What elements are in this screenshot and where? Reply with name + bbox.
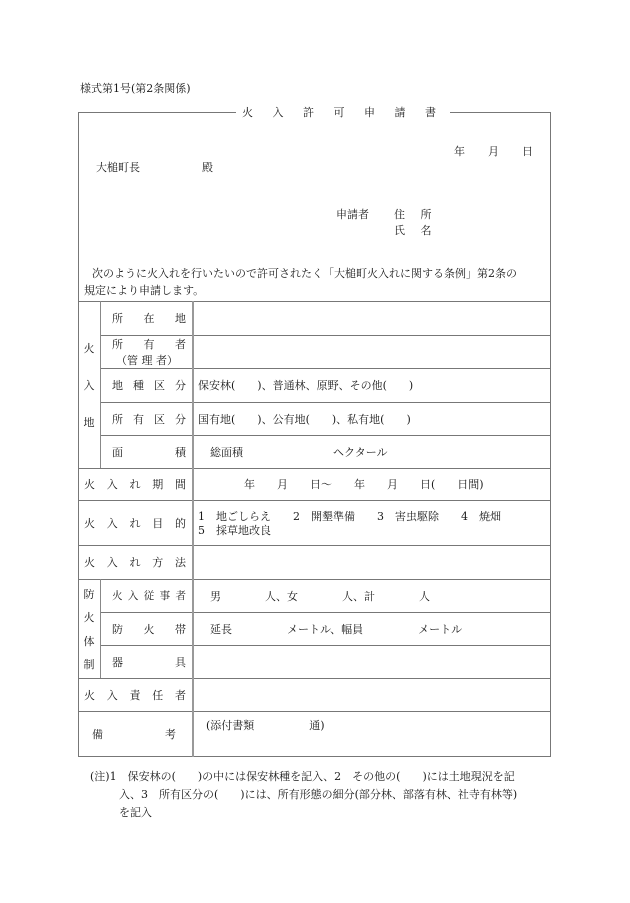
workers-field[interactable]: 男 人、女 人、計 人: [204, 579, 550, 612]
remarks-field[interactable]: (添付書類 通): [206, 717, 325, 733]
period-field[interactable]: 年 月 日～ 年 月 日( 日間): [244, 468, 550, 500]
responsible-field[interactable]: [194, 678, 550, 711]
group-divider: [100, 579, 101, 678]
label-owner-sub: （管 理 者）: [116, 352, 178, 368]
addressee-honorific: 殿: [202, 159, 213, 175]
date-month-label: 月: [488, 143, 499, 159]
addressee-name: 大槌町長: [96, 159, 140, 175]
form-title: 火 入 許 可 申 請 書: [236, 104, 450, 120]
land-type-field[interactable]: 保安林( )、普通林、原野、その他( ): [192, 368, 550, 402]
owner-field[interactable]: [194, 335, 550, 368]
label-equipment: 器具: [112, 645, 186, 678]
label-method: 火入れ方法: [84, 545, 186, 579]
group-label-fire-site: 火入地: [78, 330, 100, 440]
label-workers: 火入従事者: [112, 579, 186, 612]
purpose-options-line2[interactable]: 5 採草地改良: [198, 522, 271, 538]
applicant-name-label: 氏 名: [394, 222, 438, 238]
note-line2: 入、3 所有区分の( )には、所有形態の細分(部分林、部落有林、社寺有林等): [119, 786, 517, 802]
label-location: 所在地: [112, 301, 186, 335]
label-purpose: 火入れ目的: [84, 500, 186, 545]
label-ownership-type: 所有区分: [112, 402, 186, 435]
applicant-label: 申請者: [336, 206, 369, 222]
date-day-label: 日: [522, 143, 533, 159]
label-firebreak: 防火帯: [112, 612, 186, 645]
method-field[interactable]: [194, 545, 550, 579]
group-divider: [100, 301, 101, 468]
area-field[interactable]: 総面積 ヘクタール: [204, 435, 550, 468]
location-field[interactable]: [194, 301, 550, 335]
label-land-type: 地種区分: [112, 368, 186, 402]
intro-text-line2: 規定により申請します。: [84, 282, 204, 298]
intro-text-line1: 次のように火入れを行いたいので許可されたく「大槌町火入れに関する条例」第2条の: [92, 265, 517, 281]
label-remarks: 備考: [92, 711, 176, 757]
label-area: 面積: [112, 435, 186, 468]
label-responsible: 火入責任者: [84, 678, 186, 711]
label-owner: 所有者: [112, 337, 186, 351]
label-period: 火入れ期間: [84, 468, 186, 500]
note-line3: を記入: [119, 804, 152, 820]
form-number: 様式第1号(第2条関係): [80, 80, 191, 96]
group-label-fire-prevention: 防火体制: [78, 582, 100, 676]
ownership-type-field[interactable]: 国有地( )、公有地( )、私有地( ): [192, 402, 550, 435]
equipment-field[interactable]: [194, 645, 550, 678]
applicant-address-label: 住 所: [394, 206, 438, 222]
area-prefix: 総面積: [210, 444, 243, 460]
note-line1: (注)1 保安林の( )の中には保安林種を記入、2 その他の( )には土地現況を…: [90, 768, 515, 784]
area-unit: ヘクタール: [333, 444, 388, 460]
date-year-label: 年: [454, 143, 465, 159]
firebreak-field[interactable]: 延長 メートル、幅員 メートル: [204, 612, 550, 645]
